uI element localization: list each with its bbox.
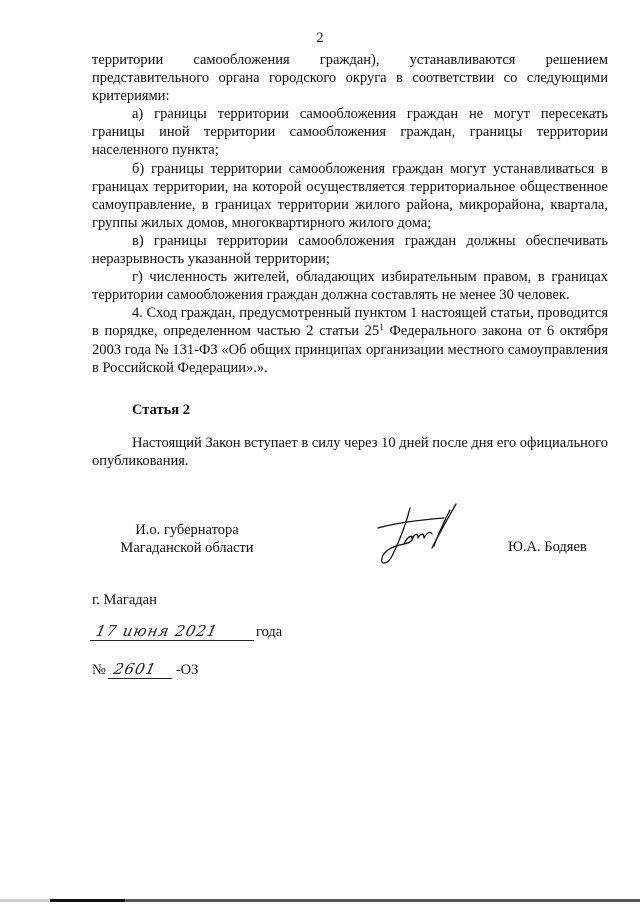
paragraph-criteria-intro: территории самообложения граждан), устан… [92,51,608,105]
law-number: № 2601 -ОЗ [92,660,198,679]
date-suffix: года [256,624,282,641]
city: г. Магадан [92,592,157,609]
paragraph-criterion-v: в) границы территории самообложения граж… [92,232,608,268]
page-number: 2 [0,30,640,47]
article-2-heading: Статья 2 [132,402,190,419]
signature-icon [370,500,470,570]
document-body: территории самообложения граждан), устан… [92,51,608,377]
article-2-paragraph: Настоящий Закон вступает в силу через 10… [92,434,608,470]
paragraph-criterion-a: а) границы территории самообложения граж… [92,105,608,159]
signer-title-line-1: И.о. губернатора [116,521,258,539]
paragraph-criterion-g: г) численность жителей, обладающих избир… [92,268,608,304]
handwritten-date: 17 июня 2021 [90,622,258,641]
signer-title: И.о. губернатора Магаданской области [116,521,258,557]
handwritten-number: 2601 [108,660,176,679]
signing-date: 17 июня 2021 года [92,622,282,641]
signer-title-line-2: Магаданской области [116,539,258,557]
paragraph-criterion-b: б) границы территории самообложения граж… [92,160,608,232]
number-prefix: № [92,662,106,679]
signer-name: Ю.А. Бодяев [508,539,587,556]
number-suffix: -ОЗ [176,662,199,679]
scan-edge-line [0,899,640,902]
article-2-body: Настоящий Закон вступает в силу через 10… [92,434,608,470]
paragraph-item-4: 4. Сход граждан, предусмотренный пунктом… [92,304,608,376]
